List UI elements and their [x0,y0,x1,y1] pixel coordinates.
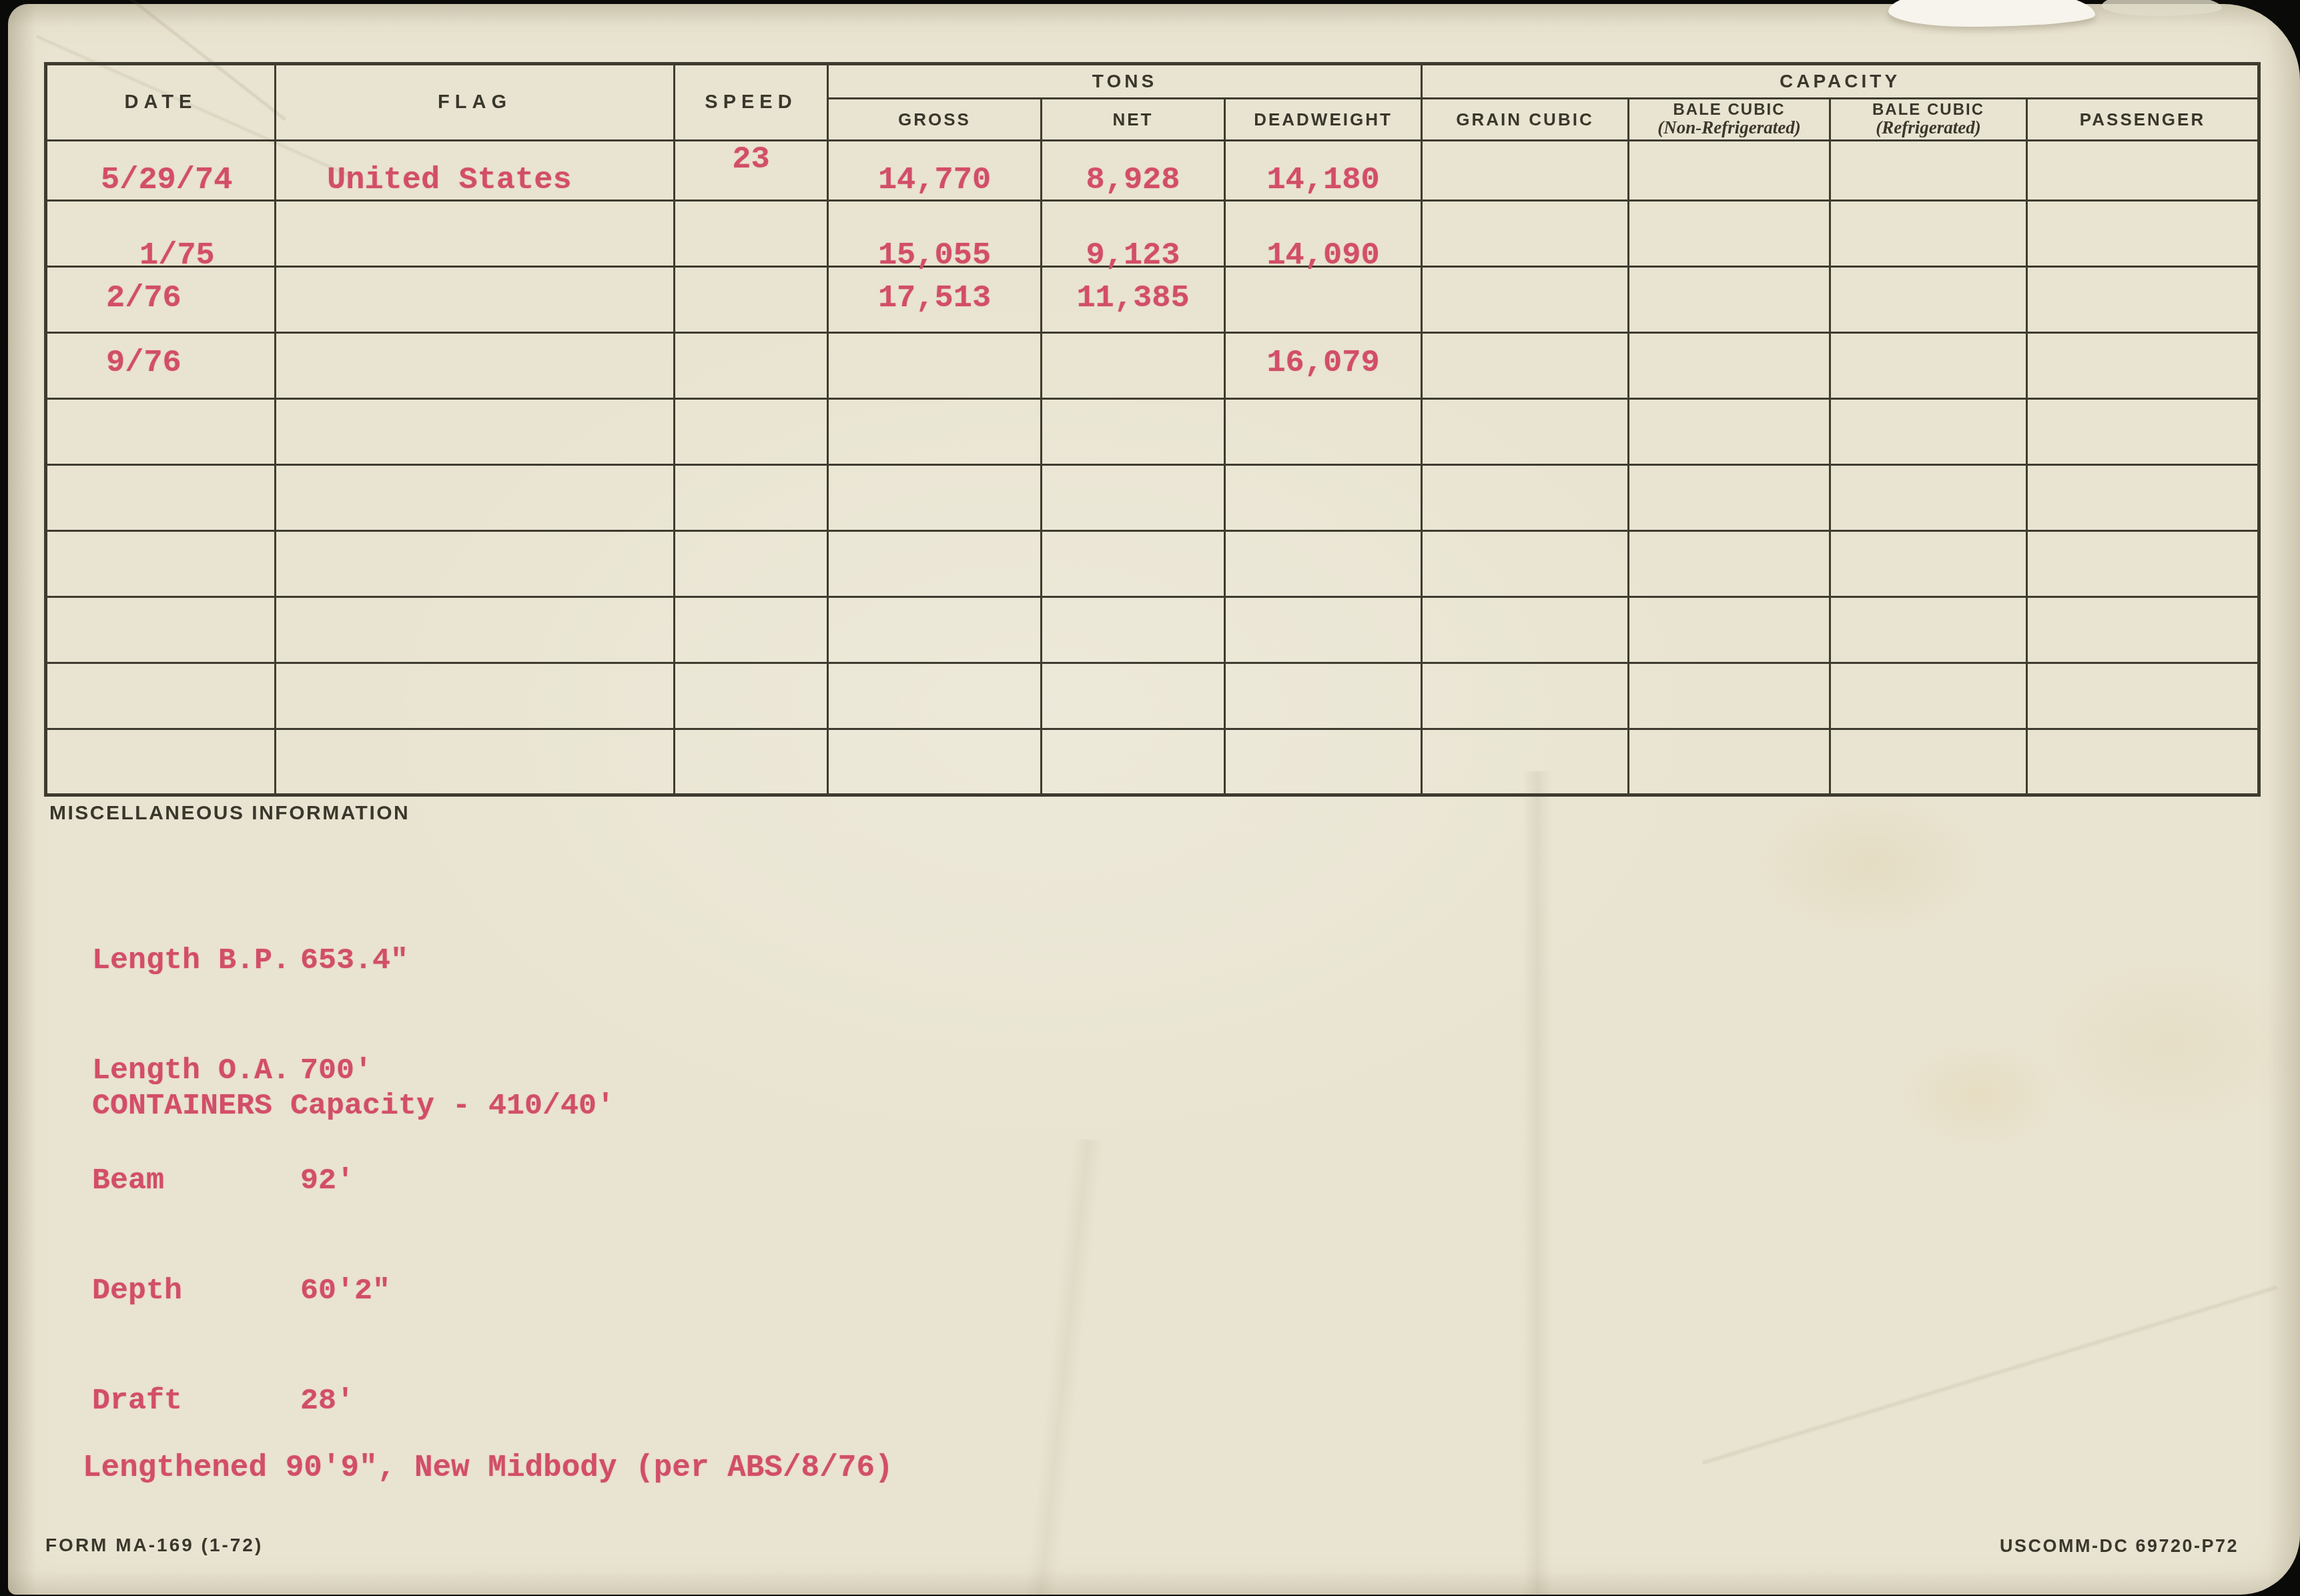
dimension-row: Draft28' [92,1382,408,1419]
typed-cell-value: 9,123 [1086,240,1180,275]
dimension-value: 60'2" [300,1274,390,1308]
table-cell [828,465,1042,531]
table-cell: 2/76 [46,267,276,333]
table-cell [1629,729,1830,795]
table-cell [276,729,675,795]
table-cell: 9/76 [46,333,276,399]
table-cell [2027,729,2259,795]
typed-cell-value: 14,770 [878,165,991,199]
table-cell: 17,513 [828,267,1042,333]
table-cell [1830,333,2027,399]
table-cell [1629,399,1830,465]
table-cell [1422,597,1629,663]
table-cell: 1/75 [46,201,276,267]
table-cell [276,663,675,729]
table-cell [1422,531,1629,597]
column-header-date: DATE [46,64,276,141]
table-header: DATE FLAG SPEED TONS CAPACITY GROSS NET … [46,64,2259,141]
table-cell [1830,267,2027,333]
table-cell [1629,333,1830,399]
typed-cell-value: 14,090 [1266,240,1379,275]
paper-crease [1701,1284,2278,1467]
table-cell [276,597,675,663]
table-cell [1225,399,1422,465]
table-cell [1629,465,1830,531]
table-cell [1225,465,1422,531]
table-cell [1042,531,1225,597]
ship-record-table: DATE FLAG SPEED TONS CAPACITY GROSS NET … [44,62,2261,797]
table-cell [675,399,828,465]
table-cell [1422,729,1629,795]
dimension-label: Length B.P. [92,942,300,979]
table-cell [1422,399,1629,465]
table-cell [1422,465,1629,531]
table-cell [1042,663,1225,729]
table-cell [1830,597,2027,663]
typed-cell-value: 9/76 [106,348,181,398]
table-cell [1042,729,1225,795]
table-row [46,465,2259,531]
table-cell: 16,079 [1225,333,1422,399]
table-cell: 9,123 [1042,201,1225,267]
table-cell [46,399,276,465]
dimension-value: 92' [300,1164,354,1198]
table-row [46,729,2259,795]
table-cell [2027,333,2259,399]
column-header-net: NET [1042,99,1225,141]
table-cell: 8,928 [1042,141,1225,201]
table-cell [1830,141,2027,201]
table-cell [46,729,276,795]
dimension-row: Length O.A.700' [92,1052,408,1089]
column-header-flag: FLAG [276,64,675,141]
table-cell [2027,465,2259,531]
column-header-bale-ref-line2: (Refrigerated) [1831,118,2026,137]
dimension-label: Length O.A. [92,1052,300,1089]
table-cell [675,729,828,795]
column-header-gross: GROSS [828,99,1042,141]
table-cell: 14,180 [1225,141,1422,201]
group-header-tons: TONS [828,64,1422,99]
table-cell [828,729,1042,795]
containers-capacity-line: CONTAINERS Capacity - 410/40' [92,1089,615,1123]
table-cell: 11,385 [1042,267,1225,333]
table-cell [1225,531,1422,597]
table-body: 5/29/74United States2314,7708,92814,1801… [46,141,2259,795]
table-cell: United States [276,141,675,201]
typed-cell-value: 17,513 [878,283,991,332]
table-cell [1629,267,1830,333]
miscellaneous-information-heading: MISCELLANEOUS INFORMATION [49,802,410,825]
typed-cell-value: 5/29/74 [101,165,232,199]
table-cell [2027,399,2259,465]
table-row: 1/7515,0559,12314,090 [46,201,2259,267]
table-cell [1830,663,2027,729]
table-row [46,663,2259,729]
dimension-row: Length B.P.653.4" [92,942,408,979]
table-cell [1225,267,1422,333]
table-cell [46,531,276,597]
typed-cell-value: 16,079 [1266,348,1379,398]
typed-cell-value: United States [327,165,572,199]
table-cell [828,531,1042,597]
table-cell [675,465,828,531]
column-header-grain-cubic: GRAIN CUBIC [1422,99,1629,141]
table-cell [2027,531,2259,597]
table-cell [276,333,675,399]
table-cell [1225,597,1422,663]
table-cell [675,597,828,663]
table-cell: 14,770 [828,141,1042,201]
table-cell [1830,399,2027,465]
table-cell [1042,399,1225,465]
typed-cell-value: 11,385 [1076,283,1189,332]
table-cell [675,201,828,267]
paper-crease [1025,1138,1104,1596]
table-cell [1422,201,1629,267]
print-code: USCOMM-DC 69720-P72 [2000,1536,2239,1557]
table-row [46,597,2259,663]
table-cell [2027,663,2259,729]
table-cell [2027,597,2259,663]
scanned-form-page: { "page": { "form_number": "FORM MA-169 … [0,0,2300,1596]
table-cell [675,333,828,399]
table-cell [1830,465,2027,531]
table-cell [1629,531,1830,597]
table-cell [46,597,276,663]
table-cell [2027,141,2259,201]
table-cell [1830,201,2027,267]
dimension-value: 28' [300,1384,354,1418]
table-cell [1042,333,1225,399]
paper-crease [1523,771,1552,1596]
table-cell [276,267,675,333]
table-cell [1042,465,1225,531]
dimension-label: Beam [92,1162,300,1199]
table-cell [1422,663,1629,729]
table-cell [1225,663,1422,729]
dimension-value: 653.4" [300,943,408,977]
typed-cell-value: 14,180 [1266,165,1379,199]
column-header-speed: SPEED [675,64,828,141]
dimension-label: Depth [92,1272,300,1309]
typed-cell-value: 15,055 [878,240,991,275]
table-row: 2/7617,51311,385 [46,267,2259,333]
table-cell [46,465,276,531]
dimension-row: Depth60'2" [92,1272,408,1309]
typed-cell-value: 23 [732,144,769,199]
table-cell [675,663,828,729]
table-cell [1042,597,1225,663]
group-header-capacity: CAPACITY [1422,64,2259,99]
paper-sheet: DATE FLAG SPEED TONS CAPACITY GROSS NET … [8,4,2300,1595]
table-cell [276,399,675,465]
table-row: 5/29/74United States2314,7708,92814,180 [46,141,2259,201]
table-cell [828,333,1042,399]
typed-cell-value: 2/76 [106,283,181,332]
table-cell [2027,267,2259,333]
table-cell: 23 [675,141,828,201]
table-cell [1629,663,1830,729]
table-cell [1422,267,1629,333]
table-cell [2027,201,2259,267]
table-cell [1629,597,1830,663]
ship-dimensions-list: Length B.P.653.4" Length O.A.700' Beam92… [92,869,408,1493]
table-row [46,399,2259,465]
table-row: 9/7616,079 [46,333,2259,399]
lengthened-note-line: Lengthened 90'9", New Midbody (per ABS/8… [83,1451,893,1485]
table-cell [1225,729,1422,795]
form-number: FORM MA-169 (1-72) [45,1535,263,1556]
table-cell [828,597,1042,663]
table-cell [1422,333,1629,399]
dimension-label: Draft [92,1382,300,1419]
table-cell [675,531,828,597]
table-cell [828,663,1042,729]
column-header-bale-ref-line1: BALE CUBIC [1831,101,2026,118]
table-cell: 5/29/74 [46,141,276,201]
table-cell [828,399,1042,465]
table-cell [1422,141,1629,201]
column-header-bale-cubic-ref: BALE CUBIC (Refrigerated) [1830,99,2027,141]
table-cell [1830,729,2027,795]
dimension-value: 700' [300,1054,372,1088]
table-cell [276,531,675,597]
typed-cell-value: 8,928 [1086,165,1180,199]
table-cell [46,663,276,729]
column-header-bale-cubic-nonref: BALE CUBIC (Non-Refrigerated) [1629,99,1830,141]
table-cell [1830,531,2027,597]
table-cell [675,267,828,333]
column-header-deadweight: DEADWEIGHT [1225,99,1422,141]
table-cell [1629,201,1830,267]
table-cell: 14,090 [1225,201,1422,267]
table-cell [1629,141,1830,201]
typed-cell-value: 1/75 [139,240,215,275]
dimension-row: Beam92' [92,1162,408,1199]
table-cell: 15,055 [828,201,1042,267]
table-row [46,531,2259,597]
column-header-bale-nonref-line2: (Non-Refrigerated) [1629,118,1829,137]
table-cell [276,201,675,267]
column-header-bale-nonref-line1: BALE CUBIC [1629,101,1829,118]
table-cell [276,465,675,531]
column-header-passenger: PASSENGER [2027,99,2259,141]
